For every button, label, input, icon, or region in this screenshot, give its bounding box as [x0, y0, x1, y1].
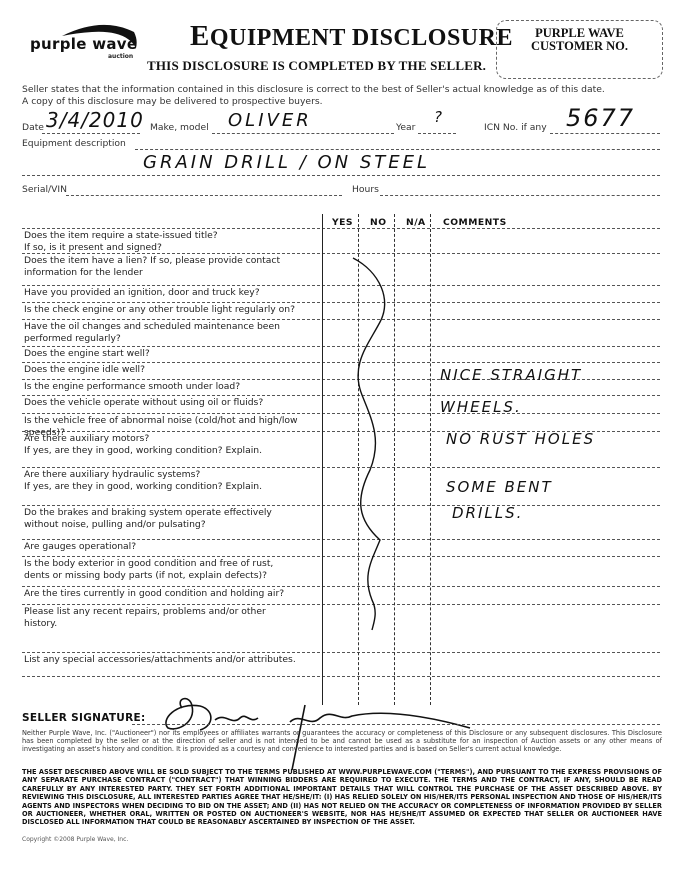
seller-signature-label: SELLER SIGNATURE:: [22, 712, 145, 724]
comment-text: DRILLS.: [452, 504, 523, 522]
disclaimer-text: Neither Purple Wave, Inc. ("Auctioneer")…: [22, 729, 662, 754]
seller-signature-field[interactable]: [132, 724, 660, 725]
terms-text: THE ASSET DESCRIBED ABOVE WILL BE SOLD S…: [22, 768, 662, 827]
comment-text: NO RUST HOLES: [446, 430, 595, 448]
copyright-text: Copyright ©2008 Purple Wave, Inc.: [22, 836, 128, 843]
comment-text: NICE STRAIGHT: [440, 366, 582, 384]
comment-text: WHEELS.: [440, 398, 522, 416]
comment-text: SOME BENT: [446, 478, 553, 496]
